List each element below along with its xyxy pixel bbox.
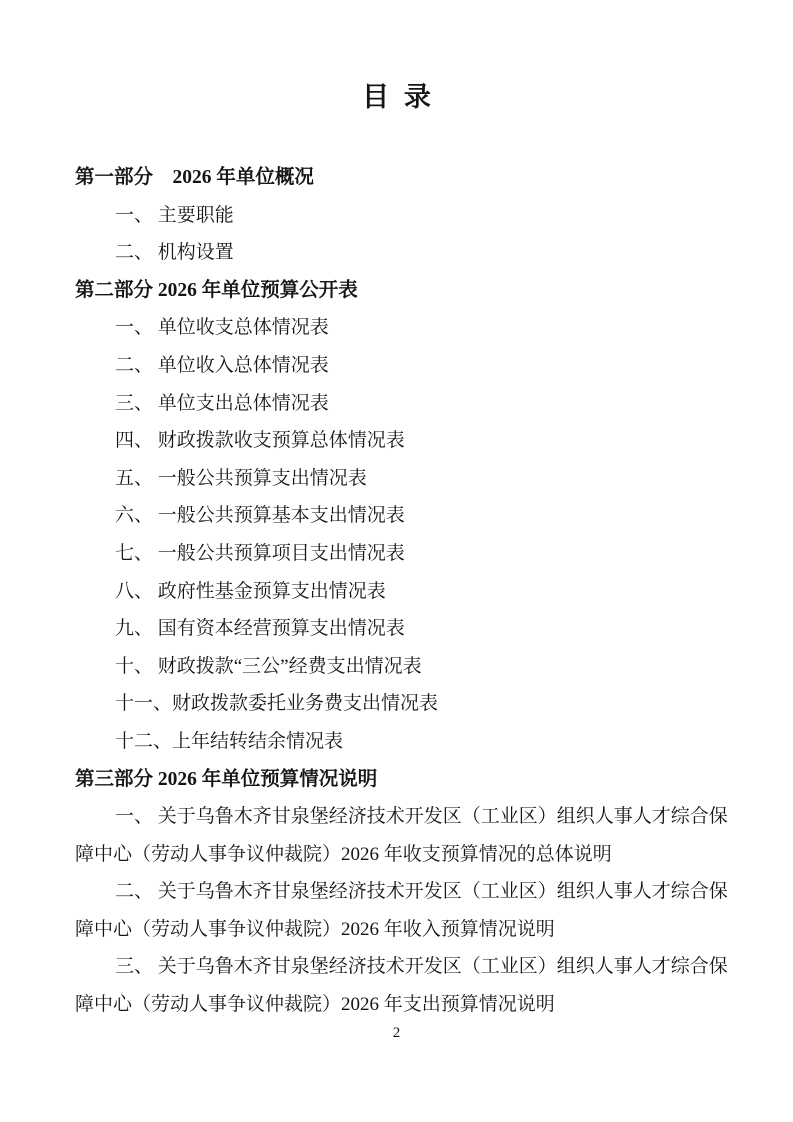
- toc-item-part2-2: 二、 单位收入总体情况表: [75, 347, 720, 385]
- toc-item-part2-8: 八、 政府性基金预算支出情况表: [75, 573, 720, 611]
- paragraph-line: 三、 关于乌鲁木齐甘泉堡经济技术开发区（工业区）组织人事人才综合保: [75, 948, 720, 986]
- toc-item-part2-9: 九、 国有资本经营预算支出情况表: [75, 610, 720, 648]
- toc-item-part2-10: 十、 财政拨款“三公”经费支出情况表: [75, 648, 720, 686]
- page-number: 2: [0, 1024, 793, 1042]
- toc-item-part1-2: 二、 机构设置: [75, 234, 720, 272]
- toc-item-part2-6: 六、 一般公共预算基本支出情况表: [75, 497, 720, 535]
- part2-heading: 第二部分 2026 年单位预算公开表: [75, 272, 720, 310]
- toc-item-part2-5: 五、 一般公共预算支出情况表: [75, 460, 720, 498]
- paragraph-line: 一、 关于乌鲁木齐甘泉堡经济技术开发区（工业区）组织人事人才综合保: [75, 798, 720, 836]
- toc-item-part2-1: 一、 单位收支总体情况表: [75, 309, 720, 347]
- table-of-contents: 第一部分 2026 年单位概况 一、 主要职能 二、 机构设置 第二部分 202…: [0, 112, 793, 1024]
- part1-heading: 第一部分 2026 年单位概况: [75, 159, 720, 197]
- toc-item-part2-12: 十二、上年结转结余情况表: [75, 723, 720, 761]
- page-title: 目 录: [0, 0, 793, 112]
- paragraph-line: 障中心（劳动人事争议仲裁院）2026 年支出预算情况说明: [75, 986, 720, 1024]
- paragraph-line: 二、 关于乌鲁木齐甘泉堡经济技术开发区（工业区）组织人事人才综合保: [75, 873, 720, 911]
- toc-paragraph-3: 三、 关于乌鲁木齐甘泉堡经济技术开发区（工业区）组织人事人才综合保 障中心（劳动…: [75, 948, 720, 1023]
- document-page: 目 录 第一部分 2026 年单位概况 一、 主要职能 二、 机构设置 第二部分…: [0, 0, 793, 1122]
- paragraph-line: 障中心（劳动人事争议仲裁院）2026 年收入预算情况说明: [75, 911, 720, 949]
- toc-item-part1-1: 一、 主要职能: [75, 197, 720, 235]
- toc-paragraph-1: 一、 关于乌鲁木齐甘泉堡经济技术开发区（工业区）组织人事人才综合保 障中心（劳动…: [75, 798, 720, 873]
- toc-paragraph-2: 二、 关于乌鲁木齐甘泉堡经济技术开发区（工业区）组织人事人才综合保 障中心（劳动…: [75, 873, 720, 948]
- toc-item-part2-3: 三、 单位支出总体情况表: [75, 385, 720, 423]
- toc-item-part2-4: 四、 财政拨款收支预算总体情况表: [75, 422, 720, 460]
- toc-item-part2-11: 十一、财政拨款委托业务费支出情况表: [75, 685, 720, 723]
- part3-heading: 第三部分 2026 年单位预算情况说明: [75, 761, 720, 799]
- toc-item-part2-7: 七、 一般公共预算项目支出情况表: [75, 535, 720, 573]
- paragraph-line: 障中心（劳动人事争议仲裁院）2026 年收支预算情况的总体说明: [75, 836, 720, 874]
